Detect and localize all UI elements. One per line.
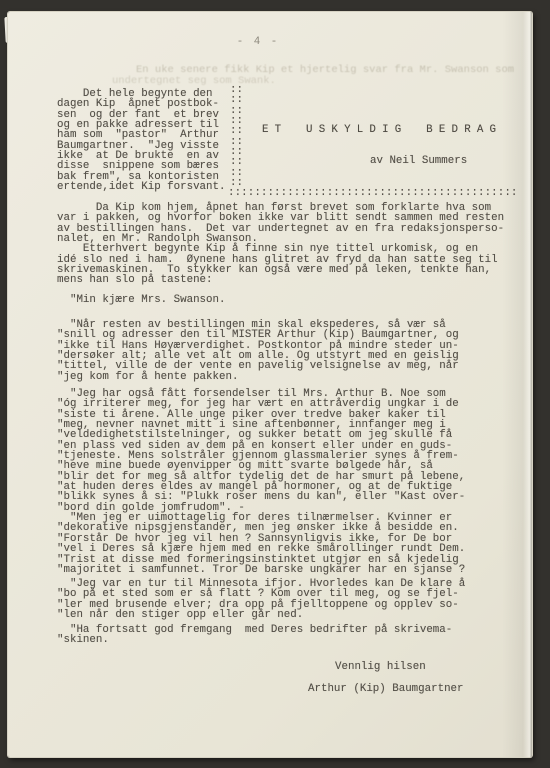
paragraph-narrative-1: Da Kip kom hjem, åpnet han først brevet …: [57, 203, 504, 286]
paragraph-letter-4: "Ha fortsatt god fremgang med Deres bedr…: [57, 625, 452, 646]
bleedthrough-ghost-text: En uke senere fikk Kip et hjertelig svar…: [136, 65, 514, 75]
bleedthrough-ghost-text: undertegnet seg som Swank.: [112, 76, 276, 86]
paragraph-letter-1: "Når resten av bestillingen min skal eks…: [57, 320, 459, 382]
paragraph-letter-2: "Jeg har også fått forsendelser til Mrs.…: [57, 389, 465, 575]
page-number: - 4 -: [203, 37, 313, 47]
story-title: ET USKYLDIG BEDRAG: [262, 125, 502, 135]
signature-name: Arthur (Kip) Baumgartner: [308, 684, 464, 694]
colon-divider-row: ::::::::::::::::::::::::::::::::::::::::…: [228, 188, 517, 198]
paragraph-letter-3: "Jeg var en tur til Minnesota ifjor. Hvo…: [57, 579, 465, 620]
story-byline: av Neil Summers: [370, 156, 467, 166]
intro-left-column: Det hele begynte den dagen Kip åpnet pos…: [57, 89, 225, 192]
colon-divider-column: :: :: :: :: :: :: :: :: :: ::: [230, 85, 243, 188]
scanned-page-scene: - 4 - En uke senere fikk Kip et hjerteli…: [0, 0, 550, 768]
typewritten-page: - 4 - En uke senere fikk Kip et hjerteli…: [8, 12, 532, 757]
paragraph-letter-salutation: "Min kjære Mrs. Swanson.: [57, 295, 225, 305]
signature-closing: Vennlig hilsen: [335, 662, 426, 672]
